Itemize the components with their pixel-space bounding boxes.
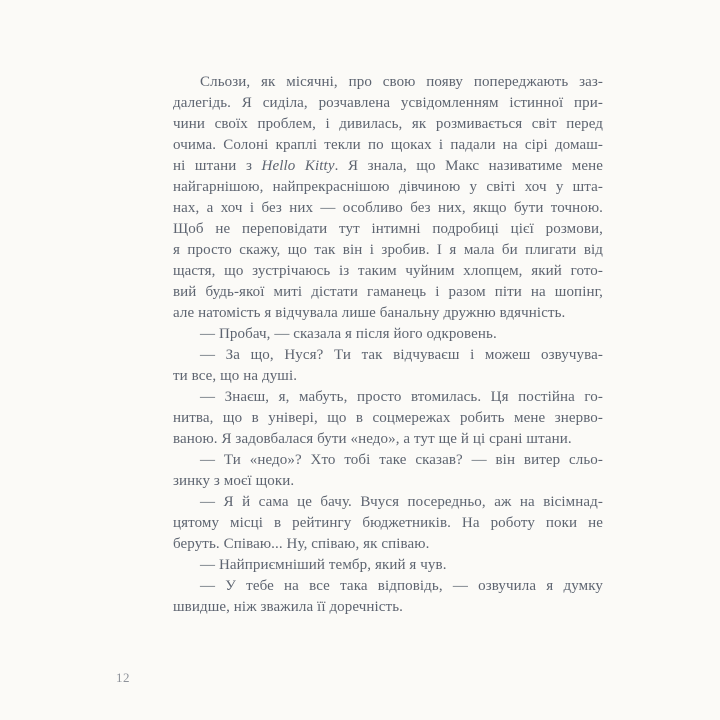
text-line: Сльози, як місячні, про свою появу попер… [173,72,603,93]
paragraph: — Ти «недо»? Хто тобі таке сказав? — він… [173,450,603,492]
text-line: чини своїх проблем, і дивилась, як розми… [173,114,603,135]
text-line: — Найприємніший тембр, який я чув. [173,555,603,576]
text-line: швидше, ніж зважила її доречність. [173,597,603,618]
paragraph: — За що, Нуся? Ти так відчуваєш і можеш … [173,345,603,387]
paragraph: — Знаєш, я, мабуть, просто втомилась. Ця… [173,387,603,450]
text-line: щастя, що зустрічаюсь із таким чуйним хл… [173,261,603,282]
text-line: нитва, що в універі, що в соцмережах роб… [173,408,603,429]
text-line: далегідь. Я сиділа, розчавлена усвідомле… [173,93,603,114]
text-line: — Ти «недо»? Хто тобі таке сказав? — він… [173,450,603,471]
text-line: — За що, Нуся? Ти так відчуваєш і можеш … [173,345,603,366]
text-line: — Пробач, — сказала я після його одкрове… [173,324,603,345]
text-line: — Знаєш, я, мабуть, просто втомилась. Ця… [173,387,603,408]
page-number: 12 [116,670,130,686]
text-line: очима. Солоні краплі текли по щоках і па… [173,135,603,156]
text-line: нах, а хоч і без них — особливо без них,… [173,198,603,219]
text-line: вий будь-якої миті дістати гаманець і ра… [173,282,603,303]
text-line: ваною. Я задовбалася бути «недо», а тут … [173,429,603,450]
paragraph: — У тебе на все така відповідь, — озвучи… [173,576,603,618]
text-line: зинку з моєї щоки. [173,471,603,492]
text-line: ні штани з Hello Kitty. Я знала, що Макс… [173,156,603,177]
text-block: Сльози, як місячні, про свою появу попер… [173,72,603,618]
text-line: — Я й сама це бачу. Вчуся посередньо, аж… [173,492,603,513]
text-line: цятому місці в рейтингу бюджетників. На … [173,513,603,534]
text-line: — У тебе на все така відповідь, — озвучи… [173,576,603,597]
text-line: Щоб не переповідати тут інтимні подробиц… [173,219,603,240]
paragraph: — Пробач, — сказала я після його одкрове… [173,324,603,345]
text-line: найгарнішою, найпрекраснішою дівчиною у … [173,177,603,198]
paragraph: — Я й сама це бачу. Вчуся посередньо, аж… [173,492,603,555]
text-line: ти все, що на душі. [173,366,603,387]
book-page: Сльози, як місячні, про свою появу попер… [0,0,720,720]
paragraph: Сльози, як місячні, про свою появу попер… [173,72,603,324]
text-line: я просто скажу, що так він і зробив. І я… [173,240,603,261]
text-line: беруть. Співаю... Ну, співаю, як співаю. [173,534,603,555]
paragraph: — Найприємніший тембр, який я чув. [173,555,603,576]
text-line: але натомість я відчувала лише банальну … [173,303,603,324]
